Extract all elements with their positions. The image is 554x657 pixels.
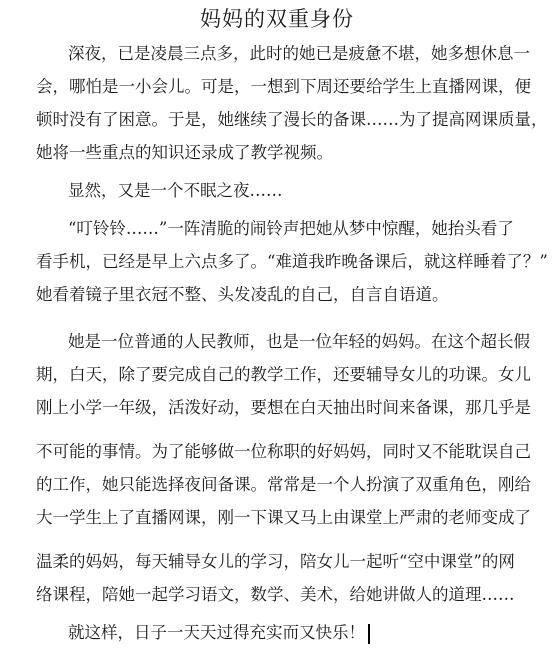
text-line-content: 络课程，陪她一起学习语文，数学、美术，给她讲做人的道理…… [36,585,515,604]
text-line: 她看着镜子里衣冠不整、头发凌乱的自己，自言自语道。 [36,284,494,306]
text-line-content: 她看着镜子里衣冠不整、头发凌乱的自己，自言自语道。 [36,285,449,304]
text-line: 显然，又是一个不眠之夜…… [68,180,494,202]
text-line-content: 的工作，她只能选择夜间备课。常常是一个人扮演了双重角色，刚给 [36,475,531,494]
text-line-content: 她将一些重点的知识还录成了教学视频。 [36,143,333,162]
text-line: 刚上小学一年级，活泼好动，要想在白天抽出时间来备课，那几乎是 [36,397,494,419]
text-line: “叮铃铃……”一阵清脆的闹铃声把她从梦中惊醒，她抬头看了 [68,218,494,240]
text-line: 她是一位普通的人民教师，也是一位年轻的妈妈。在这个超长假 [68,331,494,353]
text-line: 大一学生上了直播网课，刚一下课又马上由课堂上严肃的老师变成了 [36,507,494,529]
text-line-content: 期，白天，除了要完成自己的教学工作，还要辅导女儿的功课。女儿 [36,365,531,384]
text-line-content: 不可能的事情。为了能够做一位称职的好妈妈，同时又不能耽误自己 [36,442,531,461]
text-line-content: 深夜，已是凌晨三点多，此时的她已是疲惫不堪，她多想休息一 [68,44,530,63]
text-line: 深夜，已是凌晨三点多，此时的她已是疲惫不堪，她多想休息一 [68,43,494,65]
text-line-content: 就这样，日子一天天过得充实而又快乐！ [68,623,365,642]
text-line: 看手机，已经是早上六点多了。“难道我昨晚备课后，就这样睡着了？” [36,251,494,273]
text-line-content: 会，哪怕是一小会儿。可是，一想到下周还要给学生上直播网课，便 [36,77,531,96]
text-line-content: 看手机，已经是早上六点多了。“难道我昨晚备课后，就这样睡着了？” [36,252,548,271]
text-line-content: 她是一位普通的人民教师，也是一位年轻的妈妈。在这个超长假 [68,332,530,351]
text-line: 她将一些重点的知识还录成了教学视频。 [36,142,494,164]
text-line-content: 显然，又是一个不眠之夜…… [68,181,283,200]
text-line: 温柔的妈妈，每天辅导女儿的学习，陪女儿一起听“空中课堂”的网 [36,551,494,573]
document-title: 妈妈的双重身份 [0,4,554,34]
text-line: 不可能的事情。为了能够做一位称职的好妈妈，同时又不能耽误自己 [36,441,494,463]
text-line-content: “叮铃铃……”一阵清脆的闹铃声把她从梦中惊醒，她抬头看了 [68,219,514,238]
text-line: 就这样，日子一天天过得充实而又快乐！ [68,622,494,644]
text-line: 顿时没有了困意。于是，她继续了漫长的备课……为了提高网课质量， [36,109,494,131]
text-line-content: 顿时没有了困意。于是，她继续了漫长的备课……为了提高网课质量， [36,110,548,129]
text-cursor [368,624,370,644]
text-line: 期，白天，除了要完成自己的教学工作，还要辅导女儿的功课。女儿 [36,364,494,386]
text-line-content: 刚上小学一年级，活泼好动，要想在白天抽出时间来备课，那几乎是 [36,398,531,417]
text-line-content: 温柔的妈妈，每天辅导女儿的学习，陪女儿一起听“空中课堂”的网 [36,552,515,571]
text-line-content: 大一学生上了直播网课，刚一下课又马上由课堂上严肃的老师变成了 [36,508,531,527]
text-line: 会，哪怕是一小会儿。可是，一想到下周还要给学生上直播网课，便 [36,76,494,98]
text-line: 的工作，她只能选择夜间备课。常常是一个人扮演了双重角色，刚给 [36,474,494,496]
text-line: 络课程，陪她一起学习语文，数学、美术，给她讲做人的道理…… [36,584,494,606]
